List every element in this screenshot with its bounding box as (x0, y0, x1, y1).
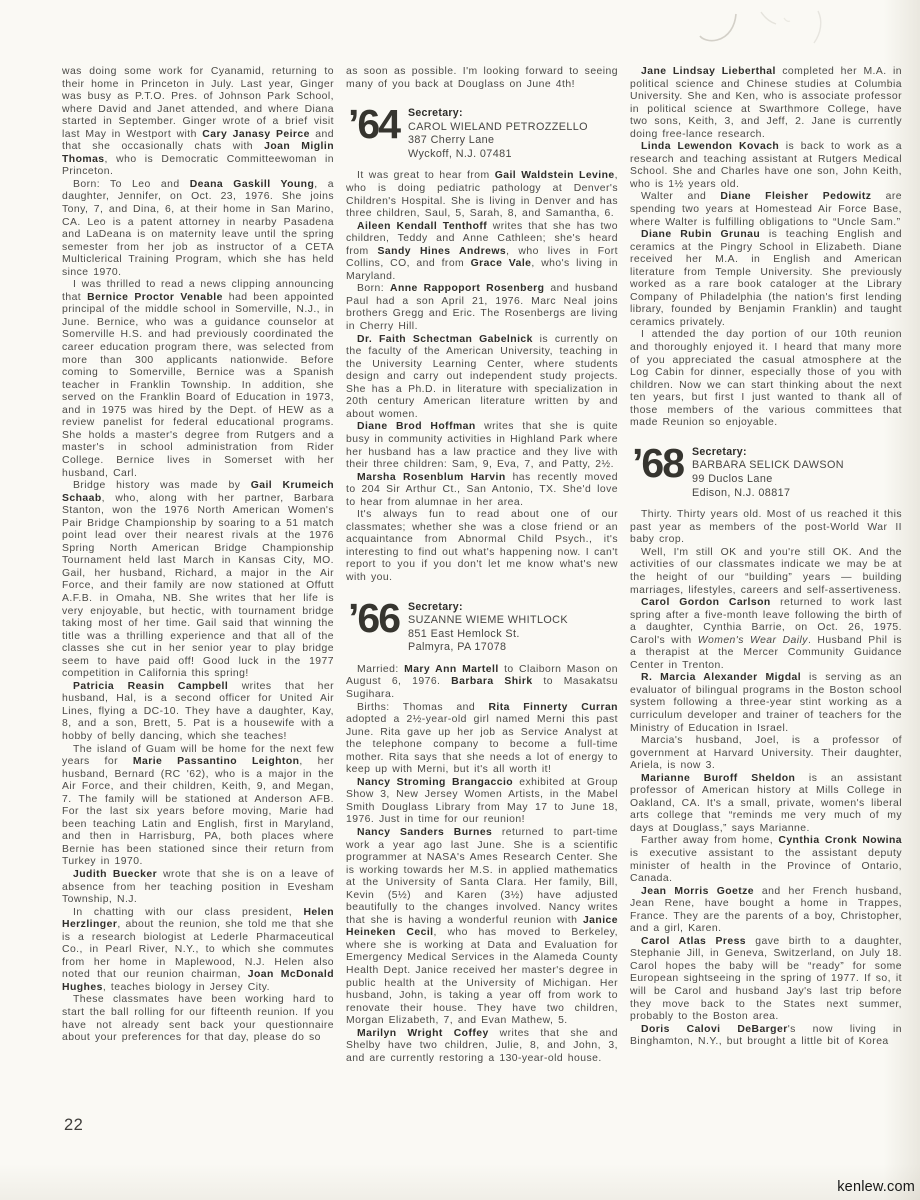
text-columns: was doing some work for Cyanamid, return… (62, 66, 902, 1065)
class-year-marker: ’66 (348, 602, 399, 635)
paragraph: Bridge history was made by Gail Krumeich… (62, 480, 334, 681)
paragraph: The island of Guam will be home for the … (62, 744, 334, 869)
paragraph: Marianne Buroff Sheldon is an assistant … (630, 773, 902, 836)
paragraph: Births: Thomas and Rita Finnerty Curran … (346, 702, 618, 777)
paragraph: Carol Atlas Press gave birth to a daught… (630, 936, 902, 1024)
paragraph: Diane Rubin Grunau is teaching English a… (630, 229, 902, 329)
secretary-block: Secretary:BARBARA SELICK DAWSON99 Duclos… (692, 445, 844, 500)
class-section-66: ’66Secretary:SUZANNE WIEME WHITLOCK851 E… (348, 600, 618, 655)
paragraph: Judith Buecker wrote that she is on a le… (62, 869, 334, 907)
paragraph: It's always fun to read about one of our… (346, 509, 618, 584)
paragraph: Nancy Stroming Brangaccio exhibited at G… (346, 777, 618, 827)
secretary-label: Secretary: (408, 601, 568, 615)
paragraph: Diane Brod Hoffman writes that she is qu… (346, 421, 618, 471)
secretary-label: Secretary: (692, 446, 844, 460)
paragraph: Aileen Kendall Tenthoff writes that she … (346, 221, 618, 284)
paragraph: as soon as possible. I'm looking forward… (346, 66, 618, 91)
paragraph: Carol Gordon Carlson returned to work la… (630, 597, 902, 672)
paragraph: Marcia's husband, Joel, is a professor o… (630, 735, 902, 773)
secretary-address: 387 Cherry Lane (408, 134, 588, 148)
secretary-block: Secretary:CAROL WIELAND PETROZZELLO387 C… (408, 106, 588, 161)
class-year-marker: ’68 (632, 447, 683, 480)
watermark: kenlew.com (837, 1179, 915, 1195)
paragraph: Married: Mary Ann Martell to Claiborn Ma… (346, 664, 618, 702)
class-section-64: ’64Secretary:CAROL WIELAND PETROZZELLO38… (348, 106, 618, 161)
secretary-address: 99 Duclos Lane (692, 473, 844, 487)
paragraph: Born: Anne Rappoport Rosenberg and husba… (346, 283, 618, 333)
secretary-name: CAROL WIELAND PETROZZELLO (408, 121, 588, 135)
secretary-address: Edison, N.J. 08817 (692, 487, 844, 501)
paragraph: Walter and Diane Fleisher Pedowitz are s… (630, 191, 902, 229)
secretary-label: Secretary: (408, 107, 588, 121)
paragraph: Jane Lindsay Lieberthal completed her M.… (630, 66, 902, 141)
paragraph: Jean Morris Goetze and her French husban… (630, 886, 902, 936)
paragraph: Thirty. Thirty years old. Most of us rea… (630, 509, 902, 547)
pencil-marks (0, 0, 920, 70)
secretary-address: 851 East Hemlock St. (408, 628, 568, 642)
paragraph: Nancy Sanders Burnes returned to part-ti… (346, 827, 618, 1028)
paragraph: Well, I'm still OK and you're still OK. … (630, 547, 902, 597)
paragraph: Linda Lewendon Kovach is back to work as… (630, 141, 902, 191)
paragraph: I was thrilled to read a news clipping a… (62, 279, 334, 480)
paragraph: Patricia Reasin Campbell writes that her… (62, 681, 334, 744)
paragraph: R. Marcia Alexander Migdal is serving as… (630, 672, 902, 735)
paragraph: Doris Calovi DeBarger's now living in Bi… (630, 1024, 902, 1049)
paragraph: It was great to hear from Gail Waldstein… (346, 170, 618, 220)
secretary-address: Wyckoff, N.J. 07481 (408, 148, 588, 162)
paragraph: I attended the day portion of our 10th r… (630, 329, 902, 429)
column-1: was doing some work for Cyanamid, return… (62, 66, 334, 1045)
paragraph: was doing some work for Cyanamid, return… (62, 66, 334, 179)
class-section-68: ’68Secretary:BARBARA SELICK DAWSON99 Duc… (632, 445, 902, 500)
paragraph: Farther away from home, Cynthia Cronk No… (630, 835, 902, 885)
paragraph: Marilyn Wright Coffey writes that she an… (346, 1028, 618, 1066)
column-2: as soon as possible. I'm looking forward… (346, 66, 618, 1065)
secretary-address: Palmyra, PA 17078 (408, 641, 568, 655)
paragraph: Born: To Leo and Deana Gaskill Young, a … (62, 179, 334, 279)
secretary-name: SUZANNE WIEME WHITLOCK (408, 614, 568, 628)
paragraph: Dr. Faith Schectman Gabelnick is current… (346, 334, 618, 422)
class-year-marker: ’64 (348, 108, 399, 141)
magazine-page: was doing some work for Cyanamid, return… (0, 0, 920, 1200)
page-number: 22 (64, 1116, 83, 1135)
column-3: Jane Lindsay Lieberthal completed her M.… (630, 66, 902, 1049)
paragraph: These classmates have been working hard … (62, 994, 334, 1044)
secretary-name: BARBARA SELICK DAWSON (692, 459, 844, 473)
paragraph: Marsha Rosenblum Harvin has recently mov… (346, 472, 618, 510)
paragraph: In chatting with our class president, He… (62, 907, 334, 995)
secretary-block: Secretary:SUZANNE WIEME WHITLOCK851 East… (408, 600, 568, 655)
